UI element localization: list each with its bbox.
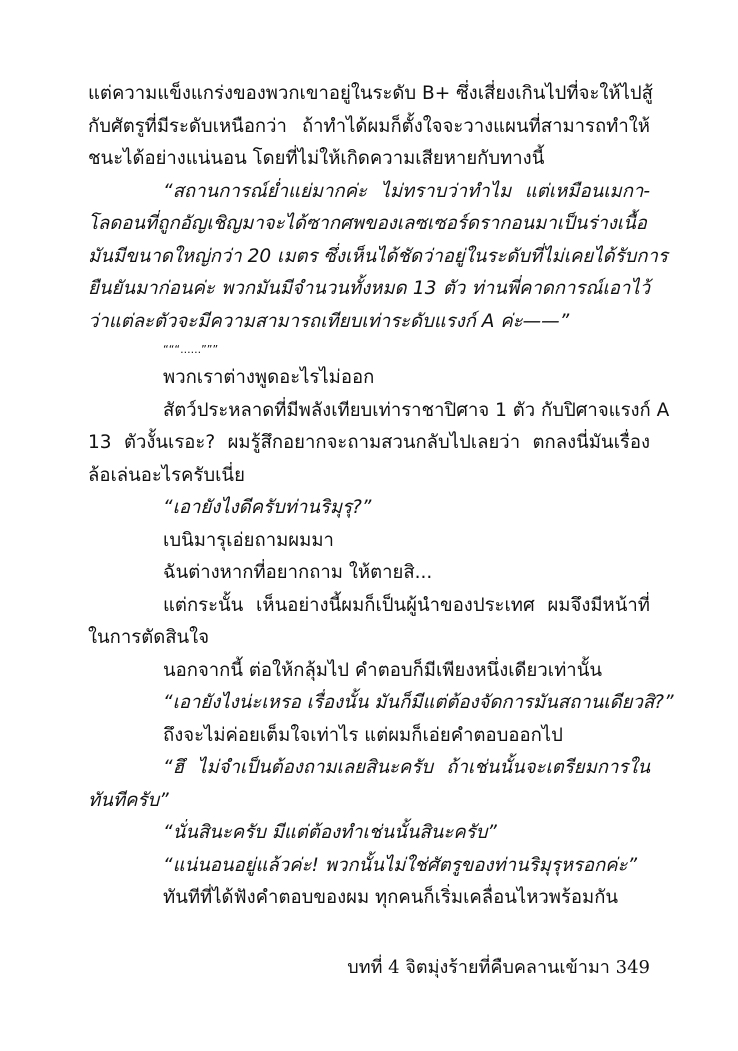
text-line: นอกจากนี้ ต่อให้กลุ้มไป คำตอบก็มีเพียงหน… [88,655,650,688]
text-line: แต่กระนั้น เห็นอย่างนี้ผมก็เป็นผู้นำของป… [88,590,650,623]
dialogue-line: ทันทีครับ” [88,785,650,818]
dialogue-line: มันมีขนาดใหญ่กว่า 20 เมตร ซึ่งเห็นได้ชัด… [88,241,650,274]
text-line: ล้อเล่นอะไรครับเนี่ย [88,460,650,493]
page-footer: บทที่ 4 จิตมุ่งร้ายที่คืบคลานเข้ามา 349 [320,952,650,981]
dialogue-line: “เอายังไงดีครับท่านริมุรุ?” [88,492,650,525]
text-line: พวกเราต่างพูดอะไรไม่ออก [88,362,650,395]
text-line: 13 ตัวงั้นเรอะ? ผมรู้สึกอยากจะถามสวนกลับ… [88,427,650,460]
dialogue-line: “สถานการณ์ย่ำแย่มากค่ะ ไม่ทราบว่าทำไม แต… [88,176,650,209]
text-line: ในการตัดสินใจ [88,622,650,655]
dialogue-line: โลดอนที่ถูกอัญเชิญมาจะได้ซากศพของเลซเซอร… [88,208,650,241]
dialogue-line: “ฮึ ไม่จำเป็นต้องถามเลยสินะครับ ถ้าเช่นน… [88,752,650,785]
dialogue-line: ว่าแต่ละตัวจะมีความสามารถเทียบเท่าระดับแ… [88,306,650,339]
dialogue-line: ยืนยันมาก่อนค่ะ พวกมันมีจำนวนทั้งหมด 13 … [88,273,650,306]
dialogue-line: “นั่นสินะครับ มีแต่ต้องทำเช่นนั้นสินะครั… [88,817,650,850]
dialogue-line: “แน่นอนอยู่แล้วค่ะ! พวกนั้นไม่ใช่ศัตรูขอ… [88,850,650,883]
text-line: กับศัตรูที่มีระดับเหนือกว่า ถ้าทำได้ผมก็… [88,111,650,144]
text-line: ฉันต่างหากที่อยากถาม ให้ตายสิ... [88,557,650,590]
text-line: เบนิมารุเอ่ยถามผมมา [88,525,650,558]
text-line: ทันทีที่ได้ฟังคำตอบของผม ทุกคนก็เริ่มเคล… [88,882,650,915]
text-line: แต่ความแข็งแกร่งของพวกเขาอยู่ในระดับ B+ … [88,78,650,111]
page-body: แต่ความแข็งแกร่งของพวกเขาอยู่ในระดับ B+ … [88,78,650,915]
dialogue-line: “เอายังไงน่ะเหรอ เรื่องนั้น มันก็มีแต่ต้… [88,687,650,720]
ellipsis-line: “““......””” [88,338,650,362]
text-line: สัตว์ประหลาดที่มีพลังเทียบเท่าราชาปิศาจ … [88,395,650,428]
text-line: ถึงจะไม่ค่อยเต็มใจเท่าไร แต่ผมก็เอ่ยคำตอ… [88,720,650,753]
text-line: ชนะได้อย่างแน่นอน โดยที่ไม่ให้เกิดความเส… [88,143,650,176]
